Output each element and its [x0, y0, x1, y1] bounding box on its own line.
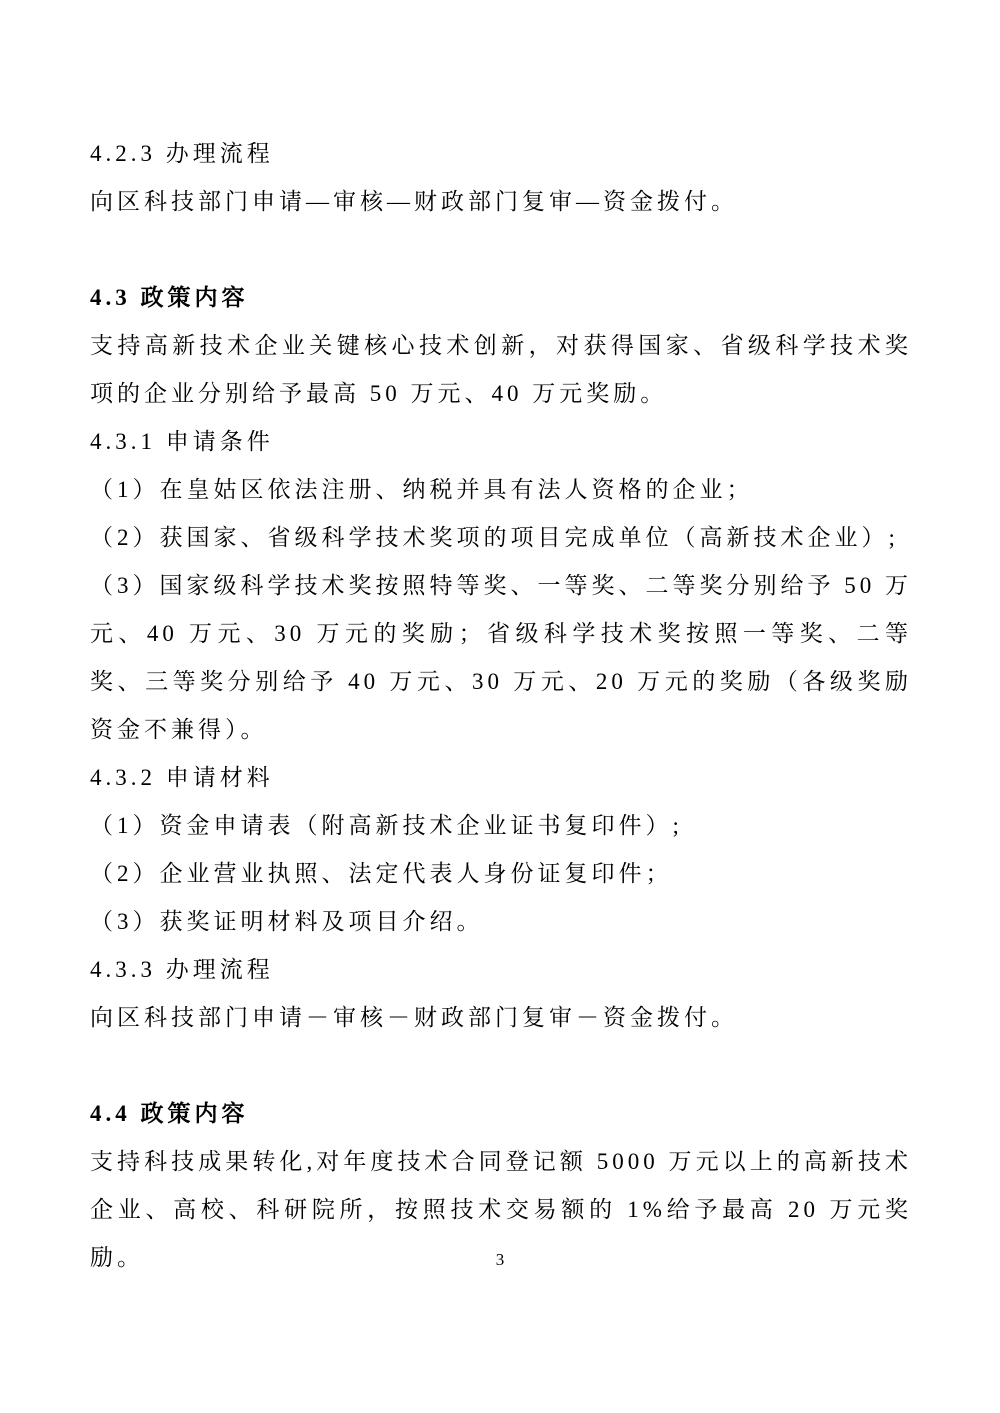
section-4-3-2-heading: 4.3.2 申请材料	[90, 754, 912, 802]
section-4-3-1-heading: 4.3.1 申请条件	[90, 418, 912, 466]
material-item-2: （2）企业营业执照、法定代表人身份证复印件；	[90, 850, 912, 898]
condition-item-1: （1）在皇姑区依法注册、纳税并具有法人资格的企业；	[90, 466, 912, 514]
document-body: 4.2.3 办理流程 向区科技部门申请—审核—财政部门复审—资金拨付。 4.3 …	[90, 130, 912, 1282]
section-4-2-3-heading: 4.2.3 办理流程	[90, 130, 912, 178]
document-page: 4.2.3 办理流程 向区科技部门申请—审核—财政部门复审—资金拨付。 4.3 …	[0, 0, 1000, 1413]
section-4-4-heading: 4.4 政策内容	[90, 1090, 912, 1138]
material-item-1: （1）资金申请表（附高新技术企业证书复印件）;	[90, 802, 912, 850]
policy-content-paragraph: 支持高新技术企业关键核心技术创新，对获得国家、省级科学技术奖项的企业分别给予最高…	[90, 322, 912, 418]
material-item-3: （3）获奖证明材料及项目介绍。	[90, 898, 912, 946]
process-flow-paragraph: 向区科技部门申请—审核—财政部门复审—资金拨付。	[90, 178, 912, 226]
condition-item-2: （2）获国家、省级科学技术奖项的项目完成单位（高新技术企业）;	[90, 514, 912, 562]
page-number: 3	[0, 1248, 1000, 1272]
section-4-3-3-heading: 4.3.3 办理流程	[90, 946, 912, 994]
process-flow-paragraph-2: 向区科技部门申请－审核－财政部门复审－资金拨付。	[90, 994, 912, 1042]
section-4-3-heading: 4.3 政策内容	[90, 274, 912, 322]
condition-item-3: （3）国家级科学技术奖按照特等奖、一等奖、二等奖分别给予 50 万元、40 万元…	[90, 562, 912, 754]
